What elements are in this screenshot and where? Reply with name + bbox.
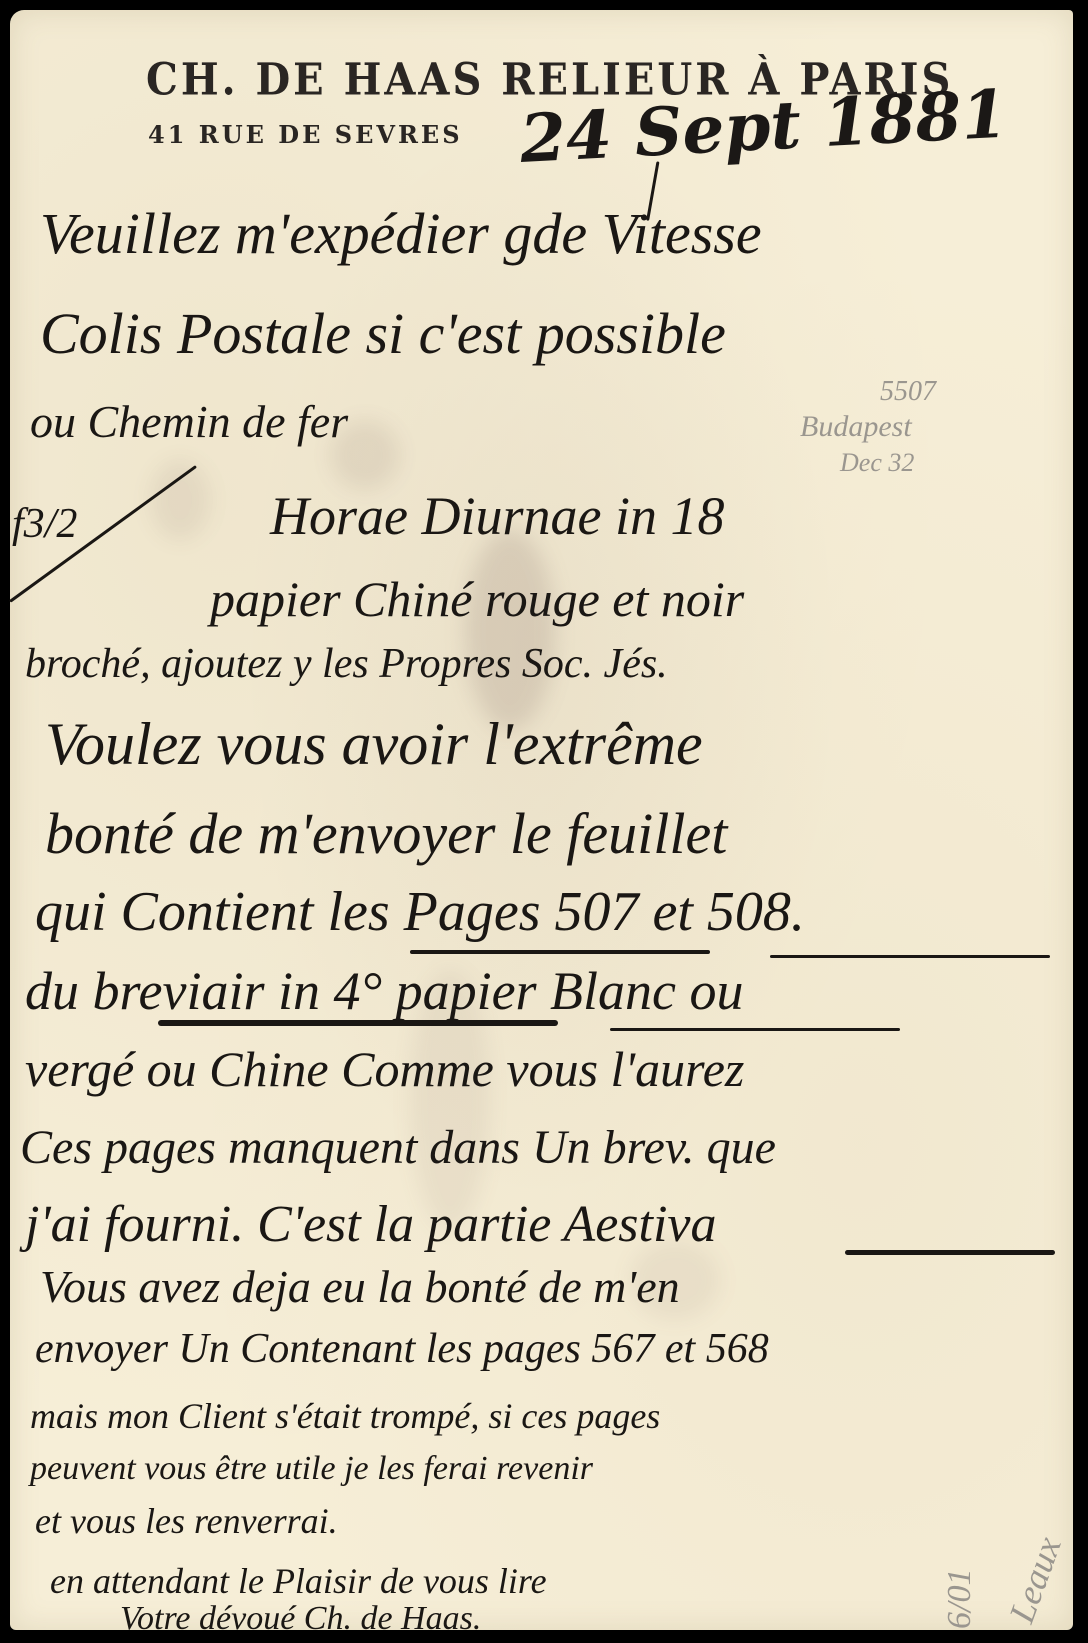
letter-line-4: Horae Diurnae in 18 — [270, 485, 724, 547]
pencil-note-number: 5507 — [880, 376, 936, 408]
pencil-note-place: Budapest — [800, 410, 912, 444]
letter-line-8: bonté de m'envoyer le feuillet — [45, 800, 727, 867]
letter-line-16: mais mon Client s'était trompé, si ces p… — [30, 1395, 660, 1437]
letter-line-14: Vous avez deja eu la bonté de m'en — [40, 1260, 680, 1313]
letter-line-12: Ces pages manquent dans Un brev. que — [20, 1120, 776, 1175]
pencil-note-name: Leaux — [1000, 1531, 1070, 1628]
underline-aestiva — [845, 1250, 1055, 1255]
underline-les-pages — [410, 950, 710, 954]
letter-signature: Votre dévoué Ch. de Haas. — [120, 1600, 481, 1638]
letter-line-11: vergé ou Chine Comme vous l'aurez — [25, 1040, 744, 1098]
letter-line-10: du breviair in 4° papier Blanc ou — [25, 960, 744, 1022]
letter-line-15: envoyer Un Contenant les pages 567 et 56… — [35, 1325, 769, 1373]
underline-507-508 — [770, 955, 1050, 958]
letter-line-7: Voulez vous avoir l'extrême — [45, 710, 703, 779]
letter-line-1: Veuillez m'expédier gde Vitesse — [40, 200, 762, 267]
underline-breviair-in-4 — [158, 1020, 558, 1026]
letter-line-5: papier Chiné rouge et noir — [210, 570, 744, 628]
binder-stamp-address: 41 RUE DE SEVRES — [148, 120, 463, 149]
letter-line-18: et vous les renverrai. — [35, 1500, 338, 1542]
underline-papier-blanc — [610, 1028, 900, 1031]
pencil-note-date: Dec 32 — [840, 448, 914, 478]
ink-smudge — [150, 460, 210, 540]
letter-line-9: qui Contient les Pages 507 et 508. — [35, 880, 805, 944]
postcard: CH. DE HAAS RELIEUR À PARIS 41 RUE DE SE… — [10, 10, 1073, 1630]
letter-line-17: peuvent vous être utile je les ferai rev… — [30, 1450, 593, 1488]
letter-line-3: ou Chemin de fer — [30, 395, 348, 448]
margin-note: f3/2 — [12, 500, 77, 548]
letter-line-13: j'ai fourni. C'est la partie Aestiva — [25, 1195, 717, 1254]
letter-line-19: en attendant le Plaisir de vous lire — [50, 1560, 547, 1602]
letter-line-2: Colis Postale si c'est possible — [40, 300, 726, 367]
letter-line-6: broché, ajoutez y les Propres Soc. Jés. — [25, 640, 668, 688]
ink-smudge — [465, 530, 555, 730]
pencil-note-code: 6/01 — [941, 1569, 979, 1629]
